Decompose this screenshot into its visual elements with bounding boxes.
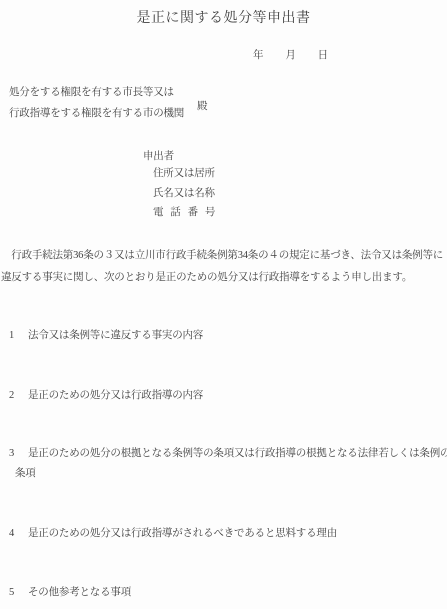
list-item-3-continuation: 条項: [15, 468, 36, 481]
list-item-3: 3是正のための処分の根拠となる条例等の条項又は行政指導の根拠となる法律若しくは条…: [9, 448, 447, 461]
list-item-1: 1法令又は条例等に違反する事実の内容: [9, 330, 203, 343]
date-year-label: 年: [253, 50, 263, 63]
item-2-text: 是正のための処分又は行政指導の内容: [28, 390, 203, 401]
body-paragraph-line-2: 違反する事実に関し、次のとおり是正のための処分又は行政指導をするよう申し出ます。: [1, 272, 412, 285]
list-item-5: 5その他参考となる事項: [9, 587, 131, 600]
item-3-text: 是正のための処分の根拠となる条例等の条項又は行政指導の根拠となる法律若しくは条例…: [28, 448, 447, 459]
applicant-name-label: 氏名又は名称: [153, 188, 215, 201]
item-4-text: 是正のための処分又は行政指導がされるべきであると思料する理由: [28, 528, 337, 539]
applicant-label: 申出者: [143, 151, 174, 164]
recipient-line-1: 処分をする権限を有する市長等又は: [9, 87, 174, 100]
applicant-address-label: 住所又は居所: [153, 168, 215, 181]
honorific-dono: 殿: [197, 101, 207, 114]
item-3-number: 3: [9, 448, 28, 461]
item-4-number: 4: [9, 528, 28, 541]
recipient-line-2: 行政指導をする権限を有する市の機関: [9, 108, 184, 121]
petition-form-page: 是正に関する処分等申出書 年 月 日 処分をする権限を有する市長等又は 行政指導…: [0, 0, 447, 609]
item-5-number: 5: [9, 587, 28, 600]
item-5-text: その他参考となる事項: [28, 587, 131, 598]
date-day-label: 日: [318, 50, 328, 63]
list-item-2: 2是正のための処分又は行政指導の内容: [9, 390, 203, 403]
item-1-number: 1: [9, 330, 28, 343]
item-1-text: 法令又は条例等に違反する事実の内容: [28, 330, 203, 341]
body-paragraph-line-1: 行政手続法第36条の３又は立川市行政手続条例第34条の４の規定に基づき、法令又は…: [1, 250, 443, 263]
item-2-number: 2: [9, 390, 28, 403]
list-item-4: 4是正のための処分又は行政指導がされるべきであると思料する理由: [9, 528, 337, 541]
date-line: 年 月 日: [253, 50, 328, 63]
applicant-phone-label: 電話番号: [153, 207, 222, 220]
document-title: 是正に関する処分等申出書: [0, 7, 447, 27]
date-month-label: 月: [285, 50, 295, 63]
